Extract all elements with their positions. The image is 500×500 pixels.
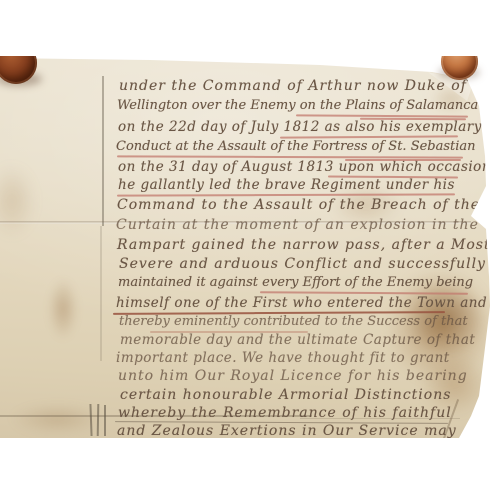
manuscript-line: certain honourable Armorial Distinctions [120, 387, 451, 403]
manuscript-line: himself one of the First who entered the… [116, 295, 487, 311]
manuscript-line: important place. We have thought fit to … [116, 350, 450, 366]
pencil-margin-line [100, 226, 102, 361]
pencil-mark [97, 404, 100, 436]
manuscript-line: Wellington over the Enemy on the Plains … [117, 98, 478, 113]
manuscript-line: on the 22d day of July 1812 as also his … [118, 119, 482, 135]
manuscript-line: thereby eminently contributed to the Suc… [119, 314, 468, 329]
pencil-mark [89, 404, 92, 436]
ink-stain [0, 164, 36, 238]
manuscript-paper: under the Command of Arthur now Duke of … [0, 56, 500, 438]
ink-stain [10, 404, 105, 434]
manuscript-line: unto him Our Royal Licence for his beari… [118, 368, 468, 384]
red-underline-annotation [117, 193, 455, 196]
ink-stain [48, 278, 78, 340]
manuscript-line: and Zealous Exertions in Our Service may [117, 423, 457, 438]
manuscript-line: Curtain at the moment of an explosion in… [116, 217, 479, 233]
pencil-mark [104, 405, 106, 436]
manuscript-line: on the 31 day of August 1813 upon which … [118, 159, 491, 175]
manuscript-line: maintained it against every Effort of th… [118, 275, 473, 290]
red-underline-annotation [296, 114, 468, 117]
manuscript-line: Conduct at the Assault of the Fortress o… [116, 139, 476, 154]
manuscript-line: Rampart gained the narrow pass, after a … [117, 237, 491, 253]
manuscript-line: Command to the Assault of the Breach of … [117, 197, 480, 213]
pencil-margin-line [102, 76, 104, 226]
red-underline-annotation [280, 135, 458, 138]
manuscript-line: whereby the Remembrance of his faithful [118, 405, 452, 421]
manuscript-line: Severe and arduous Conflict and successf… [119, 256, 486, 272]
photograph-canvas: { "scene": { "background_color": "#fffff… [0, 0, 500, 500]
manuscript-line: memorable day and the ultimate Capture o… [120, 332, 475, 348]
document-photo: under the Command of Arthur now Duke of … [0, 56, 500, 438]
red-underline-annotation [117, 155, 463, 158]
manuscript-line: he gallantly led the brave Regiment unde… [118, 177, 455, 193]
manuscript-line: under the Command of Arthur now Duke of [119, 78, 467, 94]
